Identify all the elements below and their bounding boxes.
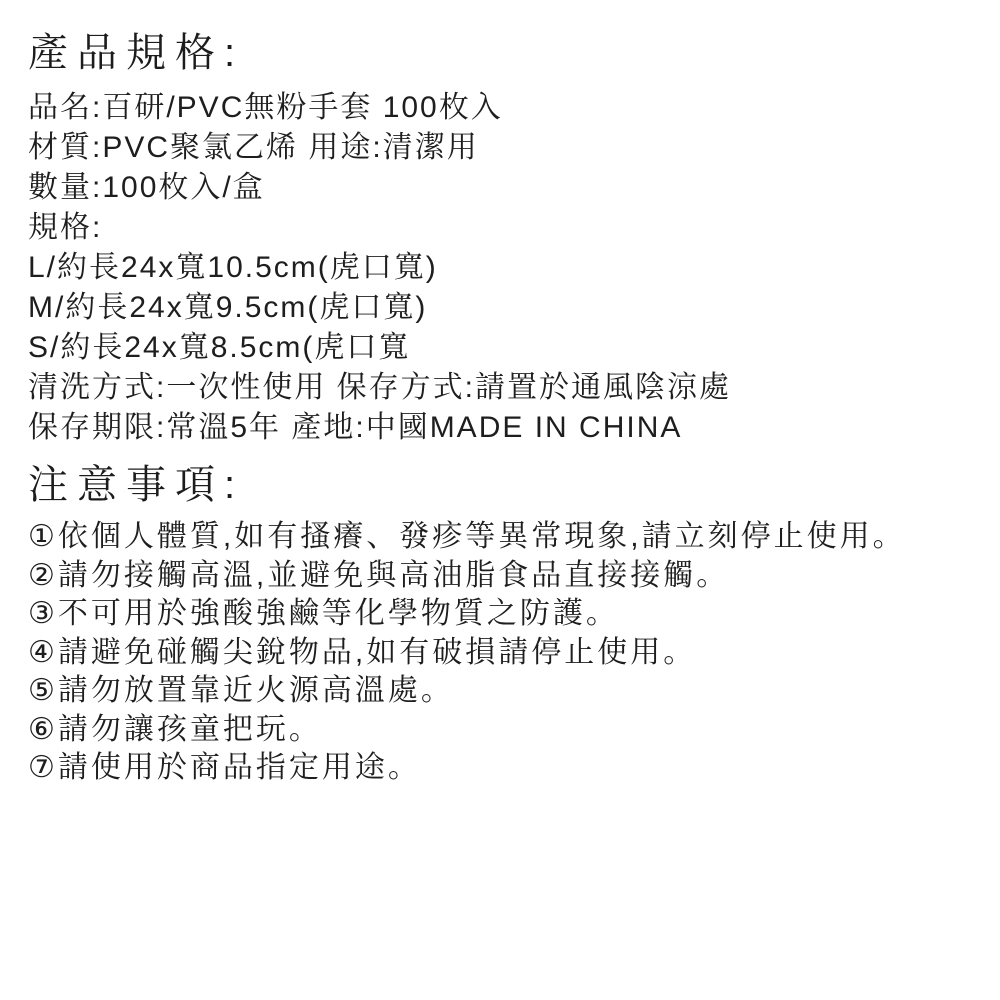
spec-line-size-l: L/約長24x寬10.5cm(虎口寬) (28, 248, 980, 288)
precaution-item-1: ①依個人體質,如有搔癢、發疹等異常現象,請立刻停止使用。 (28, 518, 980, 557)
spec-line-size-m: M/約長24x寬9.5cm(虎口寬) (28, 288, 980, 328)
precaution-item-5: ⑤請勿放置靠近火源高溫處。 (28, 672, 980, 711)
precaution-item-3: ③不可用於強酸強鹼等化學物質之防護。 (28, 595, 980, 634)
spec-line-shelf-life-origin: 保存期限:常溫5年 產地:中國MADE IN CHINA (28, 408, 980, 448)
precautions-title: 注意事項: (28, 462, 980, 508)
precaution-item-7: ⑦請使用於商品指定用途。 (28, 749, 980, 788)
spec-line-cleaning-storage: 清洗方式:一次性使用 保存方式:請置於通風陰涼處 (28, 368, 980, 408)
spec-line-quantity: 數量:100枚入/盒 (28, 168, 980, 208)
precaution-item-6: ⑥請勿讓孩童把玩。 (28, 711, 980, 750)
spec-line-material-usage: 材質:PVC聚氯乙烯 用途:清潔用 (28, 128, 980, 168)
spec-line-product-name: 品名:百研/PVC無粉手套 100枚入 (28, 88, 980, 128)
product-spec-section: 產品規格: 品名:百研/PVC無粉手套 100枚入 材質:PVC聚氯乙烯 用途:… (28, 30, 980, 448)
spec-line-size-s: S/約長24x寬8.5cm(虎口寬 (28, 328, 980, 368)
precautions-section: 注意事項: ①依個人體質,如有搔癢、發疹等異常現象,請立刻停止使用。 ②請勿接觸… (28, 462, 980, 788)
product-spec-title: 產品規格: (28, 30, 980, 76)
precaution-item-2: ②請勿接觸高溫,並避免與高油脂食品直接接觸。 (28, 557, 980, 596)
product-description-page: 產品規格: 品名:百研/PVC無粉手套 100枚入 材質:PVC聚氯乙烯 用途:… (0, 0, 1000, 1000)
product-spec-lines: 品名:百研/PVC無粉手套 100枚入 材質:PVC聚氯乙烯 用途:清潔用 數量… (28, 88, 980, 448)
precaution-item-4: ④請避免碰觸尖銳物品,如有破損請停止使用。 (28, 634, 980, 673)
precautions-list: ①依個人體質,如有搔癢、發疹等異常現象,請立刻停止使用。 ②請勿接觸高溫,並避免… (28, 518, 980, 788)
spec-line-size-label: 規格: (28, 208, 980, 248)
